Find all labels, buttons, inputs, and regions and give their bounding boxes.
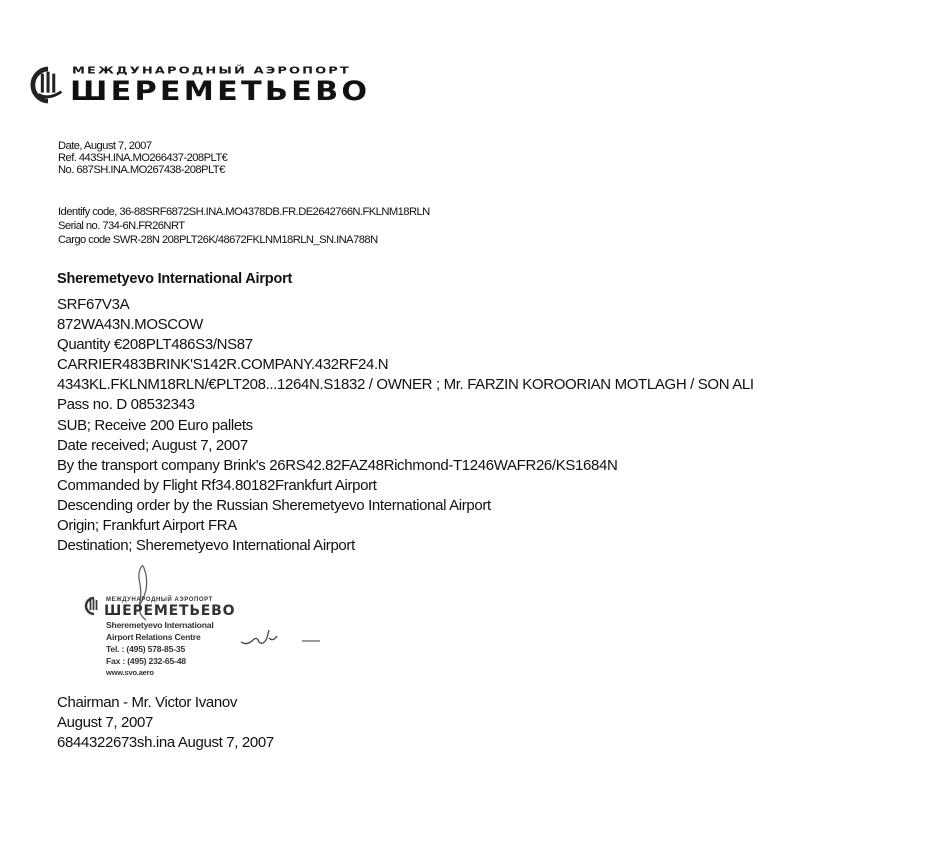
body-line: Date received; August 7, 2007 bbox=[57, 436, 754, 456]
letterhead-airport-name: ШЕРЕМЕТЬЕВО bbox=[70, 78, 370, 105]
stamp-fax: Fax : (495) 232-65-48 bbox=[106, 656, 186, 666]
letterhead: МЕЖДУНАРОДНЫЙ АЭРОПОРТ ШЕРЕМЕТЬЕВО bbox=[30, 64, 430, 108]
signature-scribble-icon bbox=[239, 626, 279, 648]
stamp-website: www.svo.aero bbox=[106, 668, 154, 677]
sheremetyevo-logo-icon bbox=[30, 66, 68, 104]
stamp-department: Airport Relations Centre bbox=[106, 632, 201, 642]
document-date: Date, August 7, 2007 bbox=[58, 140, 152, 152]
ink-mark bbox=[302, 640, 320, 642]
body-line: By the transport company Brink's 26RS42.… bbox=[57, 456, 754, 476]
closing-reference: 6844322673sh.ina August 7, 2007 bbox=[57, 733, 274, 753]
stamp-airport-name: ШЕРЕМЕТЬЕВО bbox=[104, 603, 235, 619]
body-line: Destination; Sheremetyevo International … bbox=[57, 536, 754, 556]
official-stamp: МЕЖДУНАРОДНЫЙ АЭРОПОРТ ШЕРЕМЕТЬЕВО Shere… bbox=[84, 562, 324, 684]
body-lines: SRF67V3A 872WA43N.MOSCOW Quantity €208PL… bbox=[57, 295, 754, 556]
closing-date: August 7, 2007 bbox=[57, 713, 274, 733]
stamp-logo-icon bbox=[84, 596, 104, 616]
body-line: Commanded by Flight Rf34.80182Frankfurt … bbox=[57, 476, 754, 496]
identify-code: Identify code, 36-88SRF6872SH.INA.MO4378… bbox=[58, 206, 430, 218]
body-line: 4343KL.FKLNM18RLN/€PLT208...1264N.S1832 … bbox=[57, 375, 754, 395]
body-title: Sheremetyevo International Airport bbox=[57, 271, 292, 287]
body-line: Origin; Frankfurt Airport FRA bbox=[57, 516, 754, 536]
reference-number: Ref. 443SH.INA.MO266437-208PLT€ bbox=[58, 152, 227, 164]
stamp-org-name: Sheremetyevo International bbox=[106, 620, 214, 630]
body-line: Pass no. D 08532343 bbox=[57, 395, 754, 415]
serial-number: Serial no. 734-6N.FR26NRT bbox=[58, 220, 185, 232]
chairman-signature-line: Chairman - Mr. Victor Ivanov bbox=[57, 693, 274, 713]
closing-block: Chairman - Mr. Victor Ivanov August 7, 2… bbox=[57, 693, 274, 753]
body-line: SRF67V3A bbox=[57, 295, 754, 315]
body-line: 872WA43N.MOSCOW bbox=[57, 315, 754, 335]
cargo-code: Cargo code SWR-28N 208PLT26K/48672FKLNM1… bbox=[58, 234, 378, 246]
body-line: Quantity €208PLT486S3/NS87 bbox=[57, 335, 754, 355]
stamp-phone: Tel. : (495) 578-85-35 bbox=[106, 644, 185, 654]
document-number: No. 687SH.INA.MO267438-208PLT€ bbox=[58, 164, 225, 176]
body-line: Descending order by the Russian Sheremet… bbox=[57, 496, 754, 516]
body-line: SUB; Receive 200 Euro pallets bbox=[57, 416, 754, 436]
body-line: CARRIER483BRINK'S142R.COMPANY.432RF24.N bbox=[57, 355, 754, 375]
